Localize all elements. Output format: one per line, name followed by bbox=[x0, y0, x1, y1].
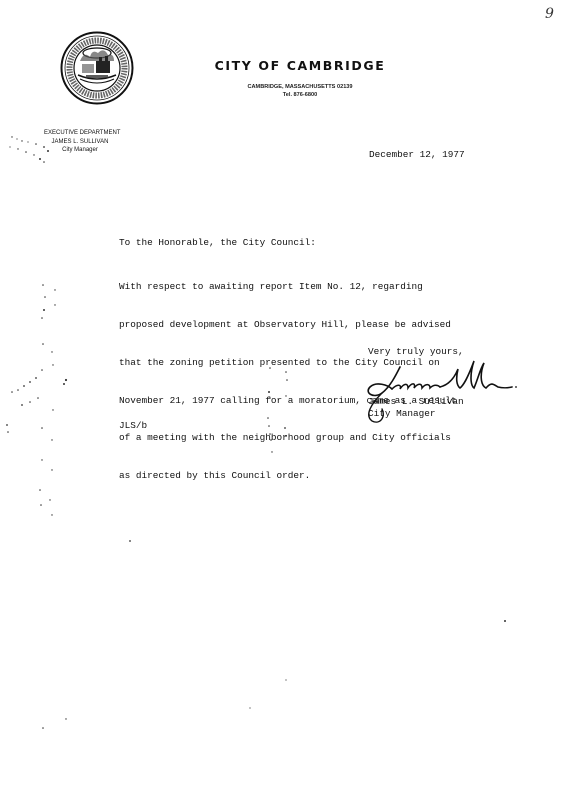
signer-title: City Manager bbox=[368, 408, 436, 419]
department-block: EXECUTIVE DEPARTMENT JAMES L. SULLIVAN C… bbox=[44, 129, 116, 155]
typist-initials: JLS/b bbox=[119, 420, 147, 431]
manager-name: JAMES L. SULLIVAN bbox=[44, 138, 116, 147]
letterhead-title: CITY OF CAMBRIDGE bbox=[200, 58, 400, 73]
body-line: as directed by this Council order. bbox=[119, 470, 457, 483]
city-seal-icon bbox=[60, 31, 134, 105]
letterhead-address: CAMBRIDGE, MASSACHUSETTS 02139 bbox=[200, 84, 400, 90]
letterhead-telephone: Tel. 876-6800 bbox=[200, 92, 400, 98]
department-name: EXECUTIVE DEPARTMENT bbox=[44, 129, 116, 138]
body-line: of a meeting with the neighborhood group… bbox=[119, 432, 457, 445]
body-line: proposed development at Observatory Hill… bbox=[119, 319, 457, 332]
letter-date: December 12, 1977 bbox=[369, 149, 465, 160]
body-line: With respect to awaiting report Item No.… bbox=[119, 281, 457, 294]
page-number-mark: 9 bbox=[545, 6, 554, 22]
signer-name: James L. Sullivan bbox=[368, 396, 464, 407]
letter-page: 9 CITY OF CAMBRIDGE CAMBRIDGE, MASSACHUS… bbox=[0, 0, 575, 800]
salutation: To the Honorable, the City Council: bbox=[119, 237, 316, 248]
manager-title: City Manager bbox=[44, 146, 116, 155]
